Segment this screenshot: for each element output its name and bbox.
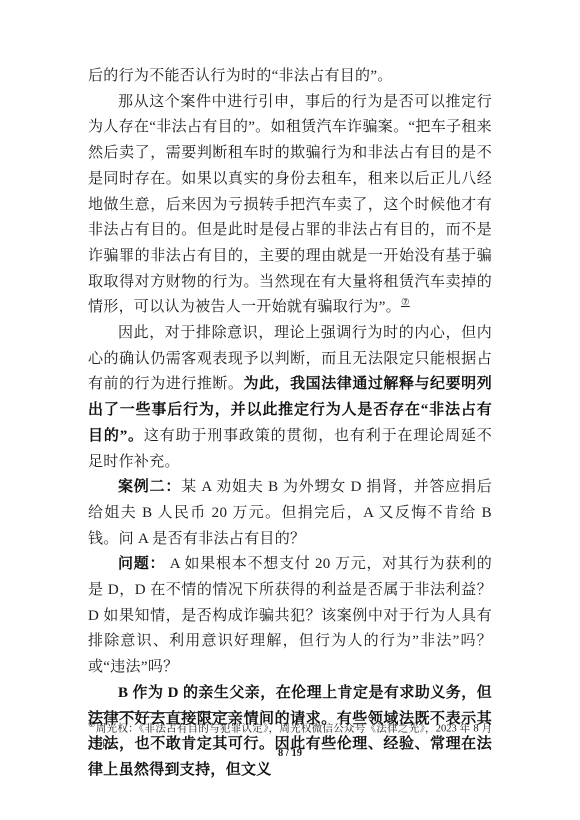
footnote-separator xyxy=(88,712,230,713)
paragraph: 问题： A 如果根本不想支付 20 万元，对其行为获利的是 D，D 在不情的情况… xyxy=(88,552,492,681)
paragraph: 因此，对于排除意识，理论上强调行为时的内心，但内心的确认仍需客观表现予以判断，而… xyxy=(88,321,492,475)
footnote-marker: ⑦ xyxy=(88,719,96,729)
footnote-block: ⑦周光权：《非法占有目的与犯罪认定》，周光权微信公众号《法律之光》，2023 年… xyxy=(88,712,492,752)
document-page: 后的行为不能否认行为时的“非法占有目的”。那从这个案件中进行引申，事后的行为是否… xyxy=(0,0,580,820)
paragraph: 后的行为不能否认行为时的“非法占有目的”。 xyxy=(88,64,492,90)
document-body: 后的行为不能否认行为时的“非法占有目的”。那从这个案件中进行引申，事后的行为是否… xyxy=(88,64,492,784)
footnote-reference-mark: ⑦ xyxy=(401,298,410,308)
text-run: A 如果根本不想支付 20 万元，对其行为获利的是 D，D 在不情的情况下所获得… xyxy=(88,556,492,675)
text-run: 后的行为不能否认行为时的“非法占有目的”。 xyxy=(88,68,393,84)
text-run: 案例二： xyxy=(118,479,181,495)
page-number: 8 / 19 xyxy=(0,748,580,759)
paragraph: 案例二：某 A 劝姐夫 B 为外甥女 D 捐肾，并答应捐后给姐夫 B 人民币 2… xyxy=(88,475,492,552)
text-run: 这有助于刑事政策的贯彻，也有利于在理论周延不足时作补充。 xyxy=(88,428,492,470)
text-run: 问题： xyxy=(118,556,165,572)
text-run: 那从这个案件中进行引申，事后的行为是否可以推定行为人存在“非法占有目的”。如租赁… xyxy=(88,94,492,316)
footnote-text: ⑦周光权：《非法占有目的与犯罪认定》，周光权微信公众号《法律之光》，2023 年… xyxy=(88,717,492,752)
paragraph: 那从这个案件中进行引申，事后的行为是否可以推定行为人存在“非法占有目的”。如租赁… xyxy=(88,90,492,321)
footnote-citation: 周光权：《非法占有目的与犯罪认定》，周光权微信公众号《法律之光》，2023 年 … xyxy=(88,724,492,750)
